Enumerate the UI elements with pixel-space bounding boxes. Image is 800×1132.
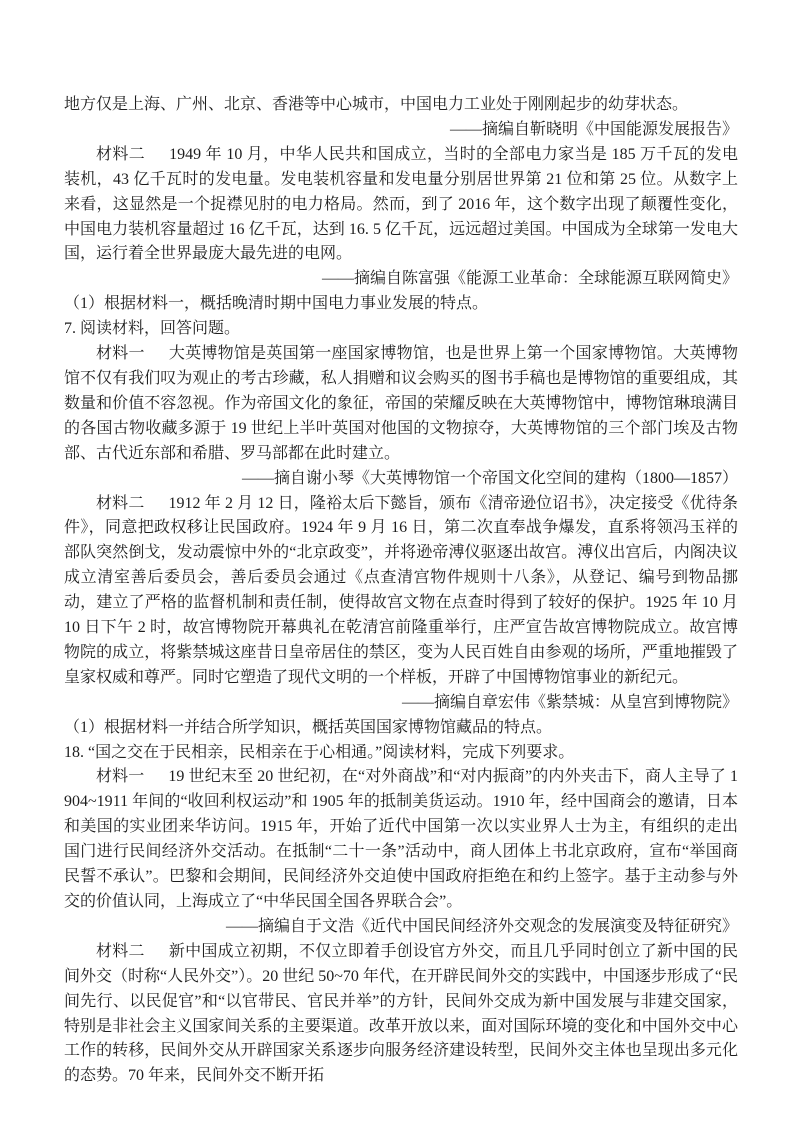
paragraph-text: 1949 年 10 月，中华人民共和国成立，当时的全部电力家当是 185 万千瓦… xyxy=(64,146,738,263)
paragraph-text: 18. “国之交在于民相亲，民相亲在于心相通。”阅读材料，完成下列要求。 xyxy=(64,744,574,761)
material-label: 材料二 xyxy=(96,495,144,512)
paragraph-text: ——摘自谢小琴《大英博物馆一个帝国文化空间的建构（1800—1857） xyxy=(242,470,738,487)
material-paragraph: 材料一19 世纪末至 20 世纪初，在“对外商战”和“对内振商”的内外夹击下，商… xyxy=(64,765,738,914)
sub-question: （1）根据材料一并结合所学知识，概括英国国家博物馆藏品的特点。 xyxy=(64,716,738,741)
paragraph-continuation: 地方仅是上海、广州、北京、香港等中心城市，中国电力工业处于刚刚起步的幼芽状态。 xyxy=(64,93,738,118)
question-header: 18. “国之交在于民相亲，民相亲在于心相通。”阅读材料，完成下列要求。 xyxy=(64,741,738,766)
material-paragraph: 材料二1912 年 2 月 12 日，隆裕太后下懿旨，颁布《清帝逊位诏书》，决定… xyxy=(64,492,738,691)
paragraph-text: 地方仅是上海、广州、北京、香港等中心城市，中国电力工业处于刚刚起步的幼芽状态。 xyxy=(64,96,688,113)
paragraph-text: （1）根据材料一，概括晚清时期中国电力事业发展的特点。 xyxy=(64,295,488,312)
paragraph-text: ——摘编自于文浩《近代中国民间经济外交观念的发展演变及特征研究》 xyxy=(226,918,738,935)
material-label: 材料二 xyxy=(96,943,145,960)
paragraph-text: 7. 阅读材料，回答问题。 xyxy=(64,320,240,337)
material-paragraph: 材料二新中国成立初期，不仅立即着手创设官方外交，而且几乎同时创立了新中国的民间外… xyxy=(64,940,738,1089)
sub-question: （1）根据材料一，概括晚清时期中国电力事业发展的特点。 xyxy=(64,292,738,317)
document-content: 地方仅是上海、广州、北京、香港等中心城市，中国电力工业处于刚刚起步的幼芽状态。—… xyxy=(64,93,738,1089)
source-attribution: ——摘编自靳晓明《中国能源发展报告》 xyxy=(64,118,738,143)
source-attribution: ——摘编自陈富强《能源工业革命：全球能源互联网简史》 xyxy=(64,267,738,292)
material-label: 材料一 xyxy=(96,345,145,362)
paragraph-text: 1912 年 2 月 12 日，隆裕太后下懿旨，颁布《清帝逊位诏书》，决定接受《… xyxy=(64,495,738,686)
paragraph-text: 新中国成立初期，不仅立即着手创设官方外交，而且几乎同时创立了新中国的民间外交（时… xyxy=(64,943,738,1085)
paragraph-text: （1）根据材料一并结合所学知识，概括英国国家博物馆藏品的特点。 xyxy=(64,719,552,736)
material-paragraph: 材料一大英博物馆是英国第一座国家博物馆，也是世界上第一个国家博物馆。大英博物馆不… xyxy=(64,342,738,467)
paragraph-text: 19 世纪末至 20 世纪初，在“对外商战”和“对内振商”的内外夹击下，商人主导… xyxy=(64,768,738,910)
paragraph-text: ——摘编自陈富强《能源工业革命：全球能源互联网简史》 xyxy=(322,270,738,287)
paragraph-text: 大英博物馆是英国第一座国家博物馆，也是世界上第一个国家博物馆。大英博物馆不仅有我… xyxy=(64,345,738,462)
question-header: 7. 阅读材料，回答问题。 xyxy=(64,317,738,342)
material-label: 材料二 xyxy=(96,146,145,163)
source-attribution: ——摘自谢小琴《大英博物馆一个帝国文化空间的建构（1800—1857） xyxy=(64,467,738,492)
paragraph-text: ——摘编自靳晓明《中国能源发展报告》 xyxy=(450,121,738,138)
material-label: 材料一 xyxy=(96,768,144,785)
paragraph-text: ——摘编自章宏伟《紫禁城：从皇宫到博物院》 xyxy=(402,694,738,711)
source-attribution: ——摘编自章宏伟《紫禁城：从皇宫到博物院》 xyxy=(64,691,738,716)
exam-page: 地方仅是上海、广州、北京、香港等中心城市，中国电力工业处于刚刚起步的幼芽状态。—… xyxy=(0,0,800,1132)
source-attribution: ——摘编自于文浩《近代中国民间经济外交观念的发展演变及特征研究》 xyxy=(64,915,738,940)
material-paragraph: 材料二1949 年 10 月，中华人民共和国成立，当时的全部电力家当是 185 … xyxy=(64,143,738,268)
